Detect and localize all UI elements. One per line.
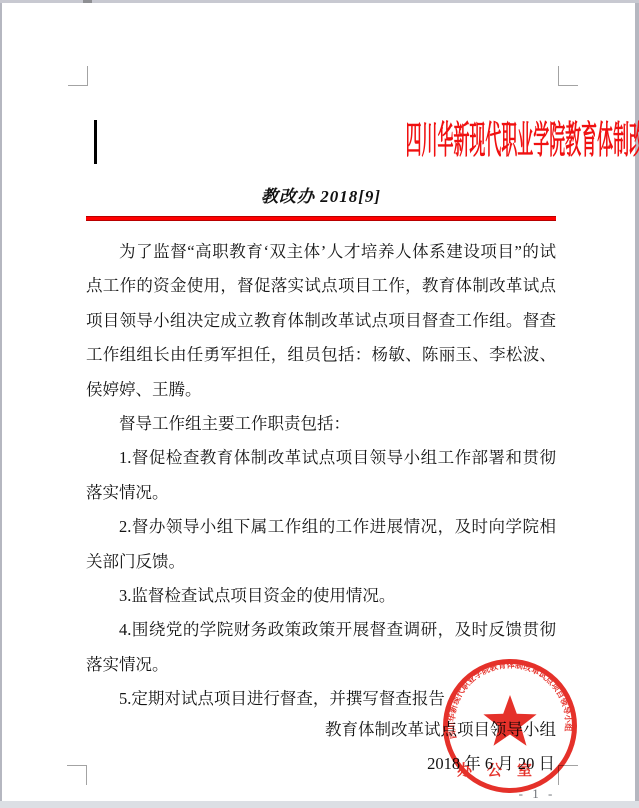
document-page: 四川华新现代职业学院教育体制改革试点项目领导小组办公室文件 教改办 2018[9… <box>0 0 639 808</box>
viewer-bottom-border <box>0 801 639 808</box>
official-seal-stamp: 四川华新现代职业学院教育体制改革试点项目领导小组 办公室 <box>440 656 580 796</box>
crop-mark-top-left <box>68 66 88 86</box>
document-title[interactable]: 四川华新现代职业学院教育体制改革试点项目领导小组办公室文件 <box>406 118 639 164</box>
text-cursor <box>94 120 97 164</box>
crop-mark-top-right <box>558 66 578 86</box>
page-number: - 1 - <box>505 786 569 802</box>
viewer-left-border <box>0 3 2 801</box>
document-body[interactable]: 为了监督“高职教育‘双主体’人才培养人体系建设项目”的试点工作的资金使用，督促落… <box>86 235 556 717</box>
paragraph-intro[interactable]: 为了监督“高职教育‘双主体’人才培养人体系建设项目”的试点工作的资金使用，督促落… <box>86 235 556 407</box>
paragraph-duty-2[interactable]: 2.督办领导小组下属工作组的工作进展情况，及时向学院相关部门反馈。 <box>86 510 556 579</box>
seal-star-icon <box>483 695 536 746</box>
paragraph-duty-3[interactable]: 3.监督检查试点项目资金的使用情况。 <box>86 579 556 613</box>
seal-bottom-text: 办公室 <box>457 761 547 779</box>
document-number[interactable]: 教改办 2018[9] <box>86 186 556 208</box>
crop-mark-bottom-left <box>67 765 87 785</box>
paragraph-duty-1[interactable]: 1.督促检查教育体制改革试点项目领导小组工作部署和贯彻落实情况。 <box>86 441 556 510</box>
paragraph-duties-header[interactable]: 督导工作组主要工作职责包括： <box>86 407 556 441</box>
document-header[interactable]: 四川华新现代职业学院教育体制改革试点项目领导小组办公室文件 <box>86 118 556 166</box>
red-separator-rule <box>86 216 556 221</box>
